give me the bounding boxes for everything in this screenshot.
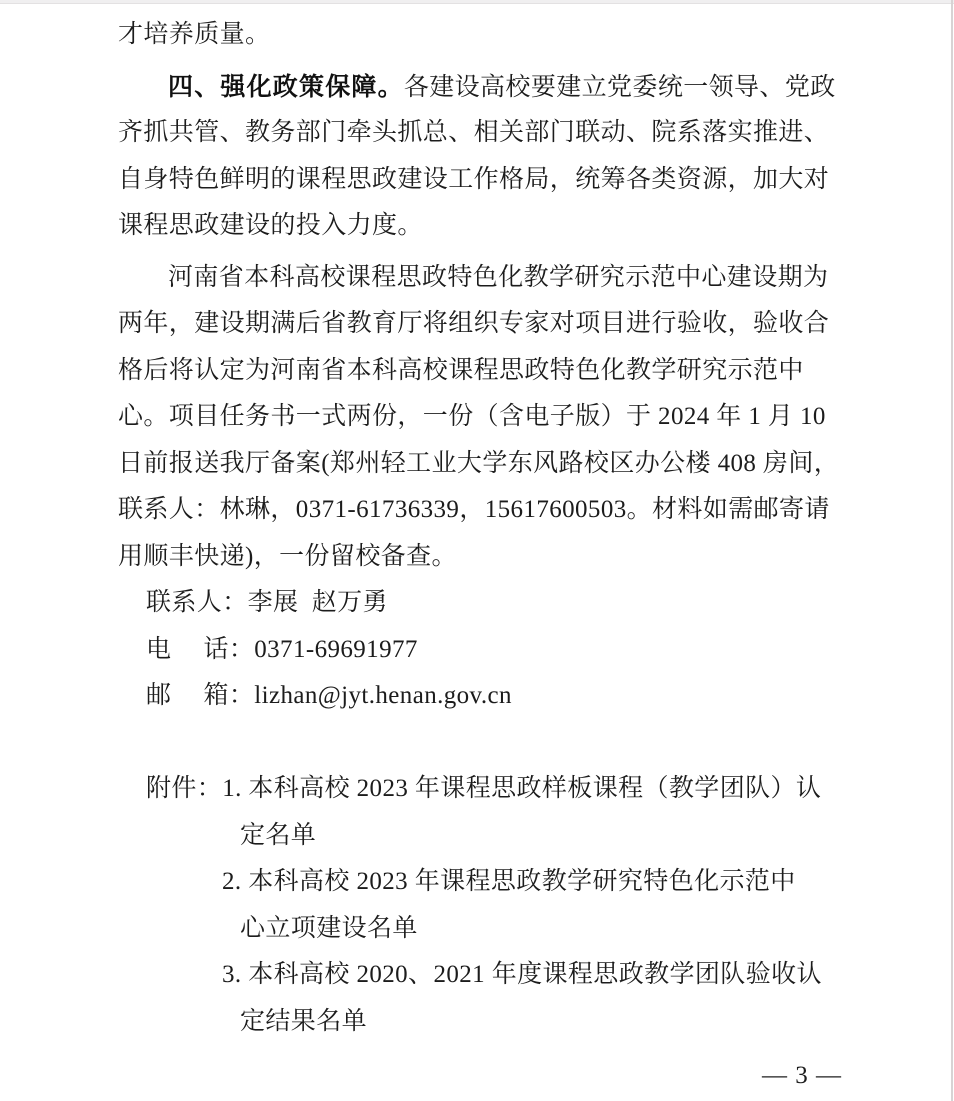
text-line: 才培养质量。 [118,12,844,59]
text-line: 心。项目任务书一式两份，一份（含电子版）于 2024 年 1 月 10 [118,394,844,441]
text-line: 四、强化政策保障。各建设高校要建立党委统一领导、党政 [168,64,844,111]
page-number: — 3 — [762,1062,842,1090]
text-line: 2. 本科高校 2023 年课程思政教学研究特色化示范中 [222,859,844,906]
document-page: 才培养质量。四、强化政策保障。各建设高校要建立党委统一领导、党政齐抓共管、教务部… [0,0,954,1101]
text-line: 课程思政建设的投入力度。 [118,203,844,250]
text-line: 齐抓共管、教务部门牵头抓总、相关部门联动、院系落实推进、 [118,110,844,157]
text-line: 定结果名单 [240,999,844,1046]
text-line: 邮 箱：lizhan@jyt.henan.gov.cn [146,673,844,720]
text-line: 格后将认定为河南省本科高校课程思政特色化教学研究示范中 [118,348,844,395]
section-heading: 四、强化政策保障。 [168,73,404,101]
text-line: 用顺丰快递)，一份留校备查。 [118,534,844,581]
text-line: 两年，建设期满后省教育厅将组织专家对项目进行验收，验收合 [118,301,844,348]
text-line: 心立项建设名单 [240,906,844,953]
page-top-edge [0,0,954,4]
text-line: 联系人：林琳，0371-61736339，15617600503。材料如需邮寄请 [118,487,844,534]
page-right-edge [951,0,953,1101]
text-line: 电 话：0371-69691977 [146,627,844,674]
text-line: 附件：1. 本科高校 2023 年课程思政样板课程（教学团队）认 [146,766,844,813]
text-line: 自身特色鲜明的课程思政建设工作格局，统筹各类资源，加大对 [118,157,844,204]
text-line: 定名单 [240,813,844,860]
blank-line [118,720,844,767]
text-line: 3. 本科高校 2020、2021 年度课程思政教学团队验收认 [222,952,844,999]
text-line: 联系人：李展 赵万勇 [146,580,844,627]
text-line: 河南省本科高校课程思政特色化教学研究示范中心建设期为 [168,255,844,302]
document-body: 才培养质量。四、强化政策保障。各建设高校要建立党委统一领导、党政齐抓共管、教务部… [118,12,844,1045]
text-line: 日前报送我厅备案(郑州轻工业大学东风路校区办公楼 408 房间， [118,441,844,488]
